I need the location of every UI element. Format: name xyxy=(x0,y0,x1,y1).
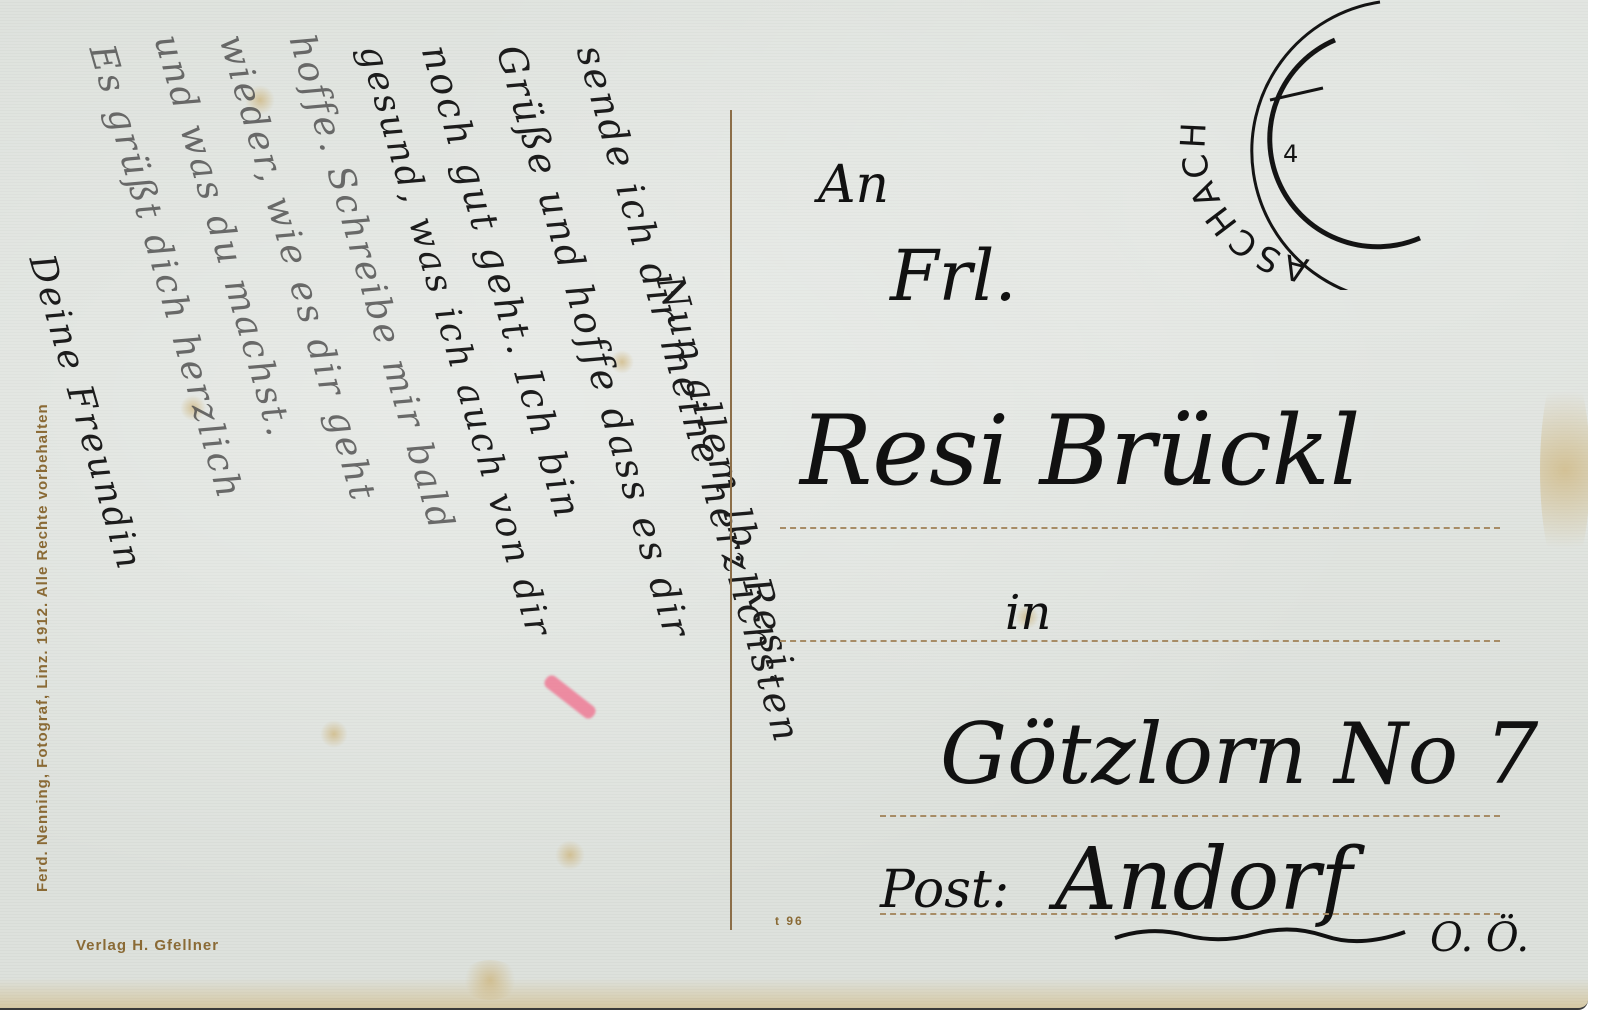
address-preposition: in xyxy=(1005,585,1051,641)
address-recipient-name: Resi Brückl xyxy=(800,395,1360,507)
post-office-underline xyxy=(1110,920,1410,950)
address-rule-3 xyxy=(880,815,1500,817)
address-rule-2 xyxy=(780,640,1500,642)
address-title: Frl. xyxy=(890,235,1017,317)
pink-ink-mark xyxy=(542,673,598,721)
address-salutation: An xyxy=(818,155,889,215)
address-street: Götzlorn No 7 xyxy=(940,705,1538,803)
address-rule-4 xyxy=(880,913,1500,915)
card-divider xyxy=(730,110,732,930)
message-signature: Deine Freundin xyxy=(21,250,151,576)
handwritten-message: Nun allem lb. Resi. sende ich dir meine … xyxy=(0,0,720,1008)
postcard-back: Ferd. Nenning, Fotograf, Linz. 1912. All… xyxy=(0,0,1588,1010)
address-post-label: Post: xyxy=(880,860,1009,920)
address-block: An Frl. Resi Brückl in Götzlorn No 7 Pos… xyxy=(740,0,1588,1008)
address-region: O. Ö. xyxy=(1430,915,1529,961)
address-rule-1 xyxy=(780,527,1500,529)
address-post-office: Andorf xyxy=(1055,830,1352,930)
